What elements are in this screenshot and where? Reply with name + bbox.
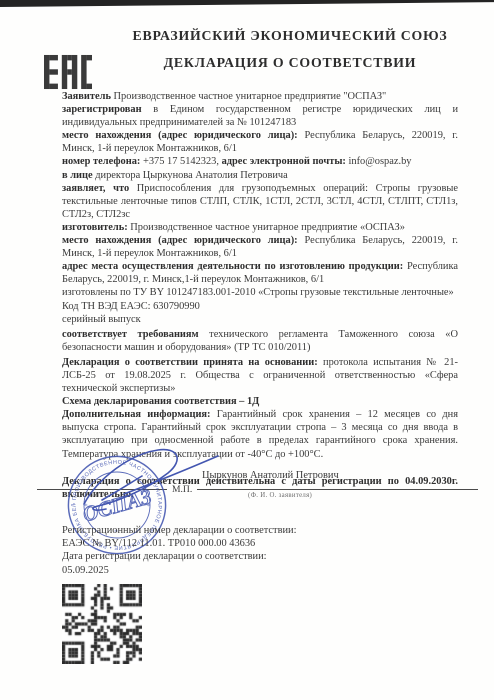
title-declaration: ДЕКЛАРАЦИЯ О СООТВЕТСТВИИ [104,55,476,71]
para-production-address: адрес места осуществления деятельности п… [62,260,458,286]
handwritten-signature [72,442,227,514]
phone-number: +375 17 5142323, [140,156,221,167]
para-phone-label: номер телефона: [62,156,140,167]
para-manufacturer: изготовитель: Производственное частное у… [62,221,458,234]
para-specs: изготовлены по ТУ BY 101247183.001-2010 … [62,286,458,299]
para-conformity-label: соответствует требованиям [62,329,199,340]
name-caption: (Ф. И. О. заявителя) [248,492,312,499]
para-manufacturer-address-label: место нахождения (адрес юридического лиц… [62,235,298,246]
para-person-text: директора Цыркунова Анатолия Петровича [93,170,288,181]
para-person-label: в лице [62,170,93,181]
para-applicant: Заявитель Производственное частное унита… [62,90,458,103]
para-manufacturer-address: место нахождения (адрес юридического лиц… [62,234,458,260]
para-manufacturer-label: изготовитель: [62,222,128,233]
registration-number-label: Регистрационный номер декларации о соотв… [62,524,458,537]
para-address: место нахождения (адрес юридического лиц… [62,129,458,155]
qr-code [62,584,142,664]
document-body: Заявитель Производственное частное унита… [62,90,458,501]
email-address: info@ospaz.by [346,156,412,167]
para-basis: Декларация о соответствии принята на осн… [62,356,458,395]
registration-block: Регистрационный номер декларации о соотв… [62,524,458,577]
eac-mark-icon [44,52,92,92]
para-tnved: Код ТН ВЭД ЕАЭС: 630790990 [62,300,458,313]
para-phone: номер телефона: +375 17 5142323, адрес э… [62,155,458,168]
para-registered: зарегистрирован в Едином государственном… [62,103,458,129]
para-manufacturer-text: Производственное частное унитарное предп… [128,222,405,233]
para-additional-label: Дополнительная информация: [62,409,211,420]
scan-edge-strip [0,0,494,7]
para-address-label: место нахождения (адрес юридического лиц… [62,130,298,141]
para-registered-label: зарегистрирован [62,104,142,115]
para-declares: заявляет, что Приспособления для грузопо… [62,182,458,221]
declaration-document: ЕВРАЗИЙСКИЙ ЭКОНОМИЧЕСКИЙ СОЮЗ ДЕКЛАРАЦИ… [0,0,494,700]
para-person: в лице директора Цыркунова Анатолия Петр… [62,169,458,182]
registration-date-label: Дата регистрации декларации о соответств… [62,550,458,563]
para-applicant-text: Производственное частное унитарное предп… [111,91,386,102]
para-basis-label: Декларация о соответствии принята на осн… [62,357,318,368]
name-line [197,489,478,490]
para-conformity: соответствует требованиям технического р… [62,328,458,354]
para-serial: серийный выпуск [62,313,458,326]
para-declares-label: заявляет, что [62,183,129,194]
para-production-address-label: адрес места осуществления деятельности п… [62,261,403,272]
para-scheme-label: Схема декларирования соответствия – 1Д [62,396,259,407]
registration-number: ЕАЭС № BY/112 11.01. ТР010 000.00 43636 [62,537,458,550]
title-union: ЕВРАЗИЙСКИЙ ЭКОНОМИЧЕСКИЙ СОЮЗ [104,28,476,44]
document-header: ЕВРАЗИЙСКИЙ ЭКОНОМИЧЕСКИЙ СОЮЗ ДЕКЛАРАЦИ… [104,28,476,71]
para-email-label: адрес электронной почты: [222,156,346,167]
para-scheme: Схема декларирования соответствия – 1Д [62,395,458,408]
registration-date: 05.09.2025 [62,564,458,577]
para-applicant-label: Заявитель [62,91,111,102]
